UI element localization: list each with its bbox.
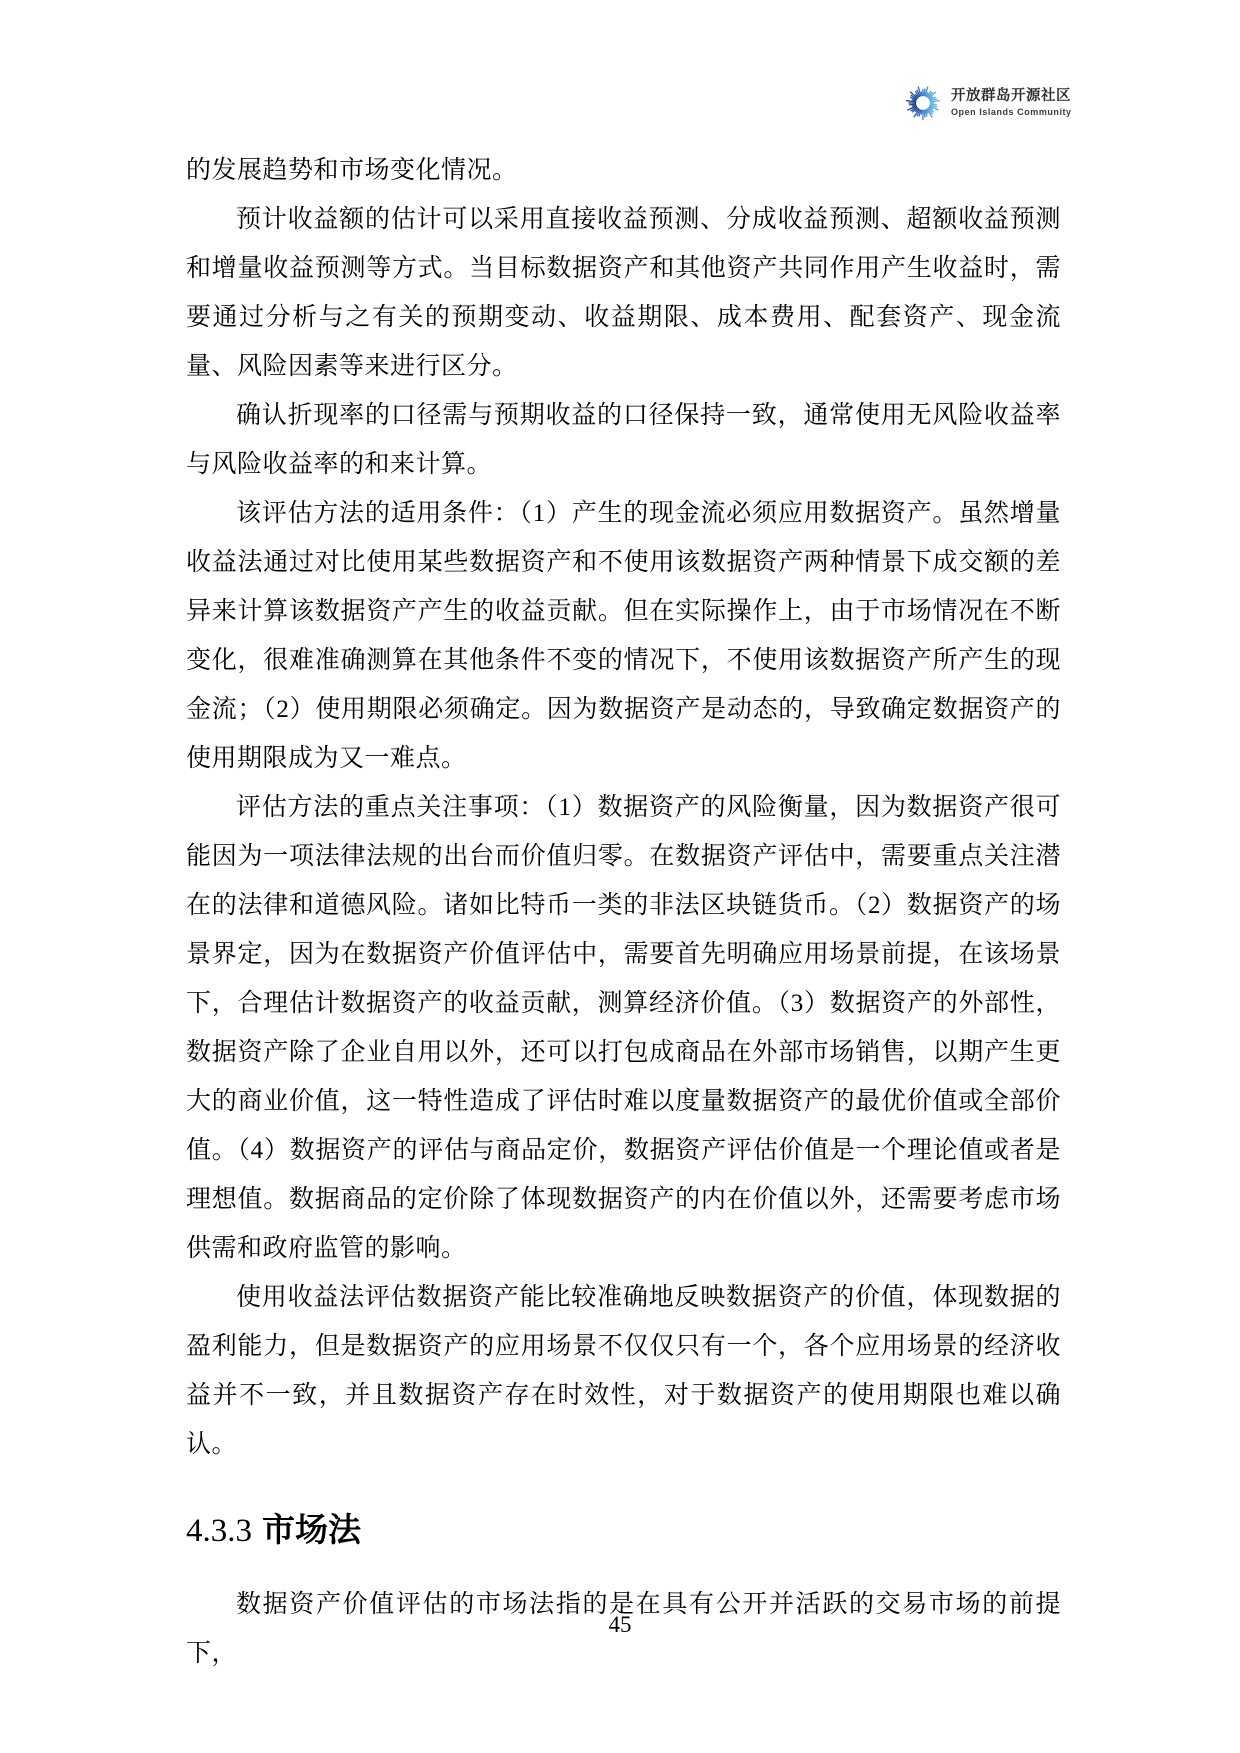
section-heading: 4.3.3市场法	[186, 1505, 1061, 1556]
paragraph: 该评估方法的适用条件：（1）产生的现金流必须应用数据资产。虽然增量收益法通过对比…	[186, 489, 1061, 783]
logo-title-zh: 开放群岛开源社区	[951, 88, 1072, 105]
logo-text: 开放群岛开源社区 Open Islands Community	[951, 88, 1072, 117]
paragraph: 评估方法的重点关注事项：（1）数据资产的风险衡量，因为数据资产很可能因为一项法律…	[186, 783, 1061, 1273]
logo-title-en: Open Islands Community	[951, 107, 1072, 118]
page-number: 45	[0, 1610, 1240, 1640]
section-heading-number: 4.3.3	[186, 1513, 252, 1549]
document-body: 的发展趋势和市场变化情况。 预计收益额的估计可以采用直接收益预测、分成收益预测、…	[186, 146, 1061, 1678]
paragraph: 确认折现率的口径需与预期收益的口径保持一致，通常使用无风险收益率与风险收益率的和…	[186, 391, 1061, 489]
paragraph: 预计收益额的估计可以采用直接收益预测、分成收益预测、超额收益预测和增量收益预测等…	[186, 195, 1061, 391]
open-islands-logo: 开放群岛开源社区 Open Islands Community	[904, 84, 1072, 122]
paragraph: 的发展趋势和市场变化情况。	[186, 146, 1061, 195]
paragraph: 使用收益法评估数据资产能比较准确地反映数据资产的价值，体现数据的盈利能力，但是数…	[186, 1273, 1061, 1469]
document-page: { "header": { "logo": { "icon": "sunburs…	[0, 0, 1240, 1753]
sunburst-icon	[904, 84, 942, 122]
section-heading-title: 市场法	[262, 1511, 361, 1548]
